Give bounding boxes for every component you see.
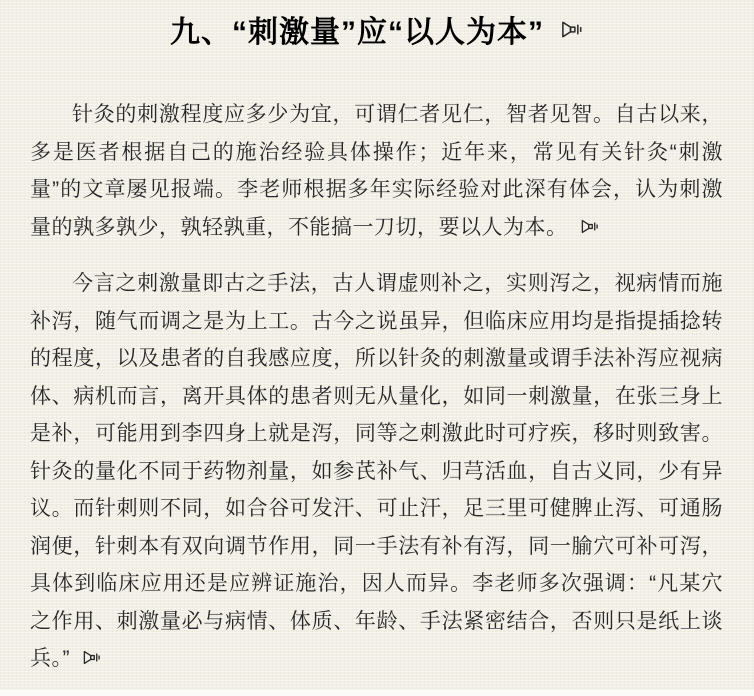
chapter-title: 九、“刺激量”应“以人为本” (30, 10, 723, 56)
speaker-icon[interactable] (560, 18, 583, 41)
reader-page: 九、“刺激量”应“以人为本” 针灸的刺激程度应多少为宜，可谓仁者见仁，智者见智。… (0, 0, 754, 696)
paragraph: 今言之刺激量即古之手法，古人谓虚则补之，实则泻之，视病情而施补泻，随气而调之是为… (30, 265, 723, 678)
speaker-icon[interactable] (580, 217, 599, 236)
paragraph-text: 今言之刺激量即古之手法，古人谓虚则补之，实则泻之，视病情而施补泻，随气而调之是为… (30, 272, 723, 670)
speaker-icon[interactable] (82, 648, 101, 667)
chapter-title-text: 九、“刺激量”应“以人为本” (170, 16, 544, 49)
paragraph-text: 针灸的刺激程度应多少为宜，可谓仁者见仁，智者见智。自古以来，多是医者根据自己的施… (30, 103, 723, 239)
paragraph: 针灸的刺激程度应多少为宜，可谓仁者见仁，智者见智。自古以来，多是医者根据自己的施… (30, 96, 723, 246)
page-bottom-edge (0, 690, 754, 696)
